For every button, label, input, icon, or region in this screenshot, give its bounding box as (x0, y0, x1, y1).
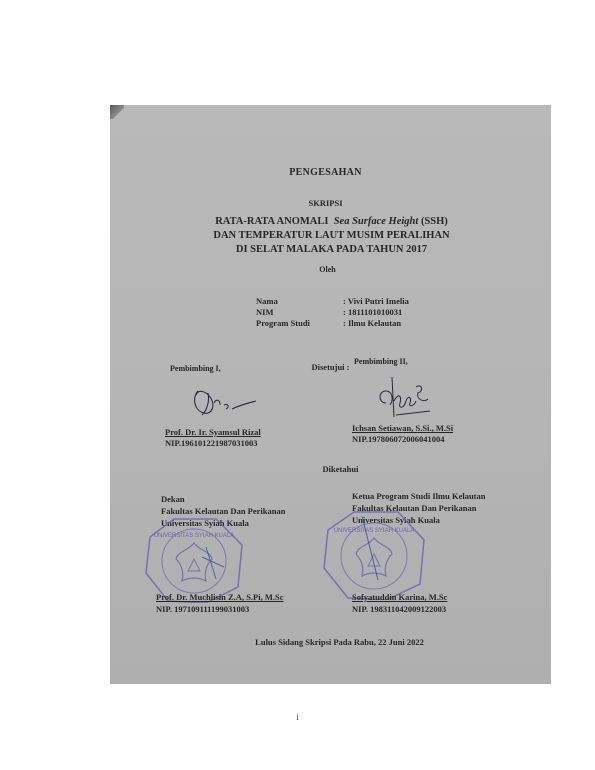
page-number: i (0, 712, 595, 722)
supervisor-1: Prof. Dr. Ir. Syamsul Rizal NIP.19610122… (165, 427, 261, 449)
supervisor-1-name: Prof. Dr. Ir. Syamsul Rizal (165, 427, 261, 438)
svg-text:UNIVERSITAS SYIAH KUALA: UNIVERSITAS SYIAH KUALA (154, 533, 235, 539)
student-name-row: Nama : Vivi Putri Imelia (256, 296, 409, 307)
head-signature-block: Sofyatuddin Karina, M.Sc NIP. 1983110420… (352, 591, 447, 615)
supervisor-1-signature (190, 385, 260, 419)
dean-signature-block: Prof. Dr. Muchlisin Z.A, S.Pi, M.Sc NIP.… (156, 591, 284, 615)
page-corner-shadow (110, 105, 124, 119)
document-type: SKRIPSI (100, 198, 551, 208)
supervisor-2-name: Ichsan Setiawan, S.Si., M.Si (352, 423, 453, 434)
student-info: Nama : Vivi Putri Imelia NIM : 181110101… (256, 296, 409, 329)
scanned-approval-page: PENGESAHAN SKRIPSI RATA-RATA ANOMALI Sea… (110, 105, 551, 684)
supervisor-1-role: Pembimbing I, (170, 364, 221, 373)
dean-position: Dekan (161, 493, 285, 505)
head-position: Ketua Program Studi Ilmu Kelautan (352, 490, 486, 502)
supervisor-1-nip: NIP.196101221987031003 (165, 438, 261, 449)
dean-name: Prof. Dr. Muchlisin Z.A, S.Pi, M.Sc (156, 591, 284, 603)
head-name: Sofyatuddin Karina, M.Sc (352, 591, 447, 603)
svg-text:UNIVERSITAS SYIAH KUALA: UNIVERSITAS SYIAH KUALA (334, 528, 415, 534)
title-line-2: DAN TEMPERATUR LAUT MUSIM PERALIHAN (112, 229, 551, 243)
by-label: Oleh (104, 265, 551, 274)
faculty-stamp-icon: UNIVERSITAS SYIAH KUALA (322, 510, 426, 600)
title-line-3: DI SELAT MALAKA PADA TAHUN 2017 (112, 243, 551, 257)
supervisor-2-role: Pembimbing II, (354, 357, 408, 366)
dean-nip: NIP. 197109111199031003 (156, 603, 284, 615)
supervisor-2-nip: NIP.197806072006041004 (352, 434, 453, 445)
defense-note: Lulus Sidang Skripsi Pada Rabu, 22 Juni … (128, 637, 551, 647)
supervisor-2-signature (372, 373, 432, 421)
dean-faculty: Fakultas Kelautan Dan Perikanan (161, 505, 285, 517)
page-heading: PENGESAHAN (100, 167, 551, 178)
thesis-title: RATA-RATA ANOMALI Sea Surface Height (SS… (112, 215, 551, 257)
acknowledged-label: Diketahui (130, 464, 551, 474)
title-line-1: RATA-RATA ANOMALI Sea Surface Height (SS… (112, 215, 551, 229)
supervisor-2: Ichsan Setiawan, S.Si., M.Si NIP.1978060… (352, 423, 453, 445)
student-program-row: Program Studi : Ilmu Kelautan (256, 318, 409, 329)
head-nip: NIP. 198311042009122003 (352, 603, 447, 615)
student-nim-row: NIM : 1811101010031 (256, 307, 409, 318)
